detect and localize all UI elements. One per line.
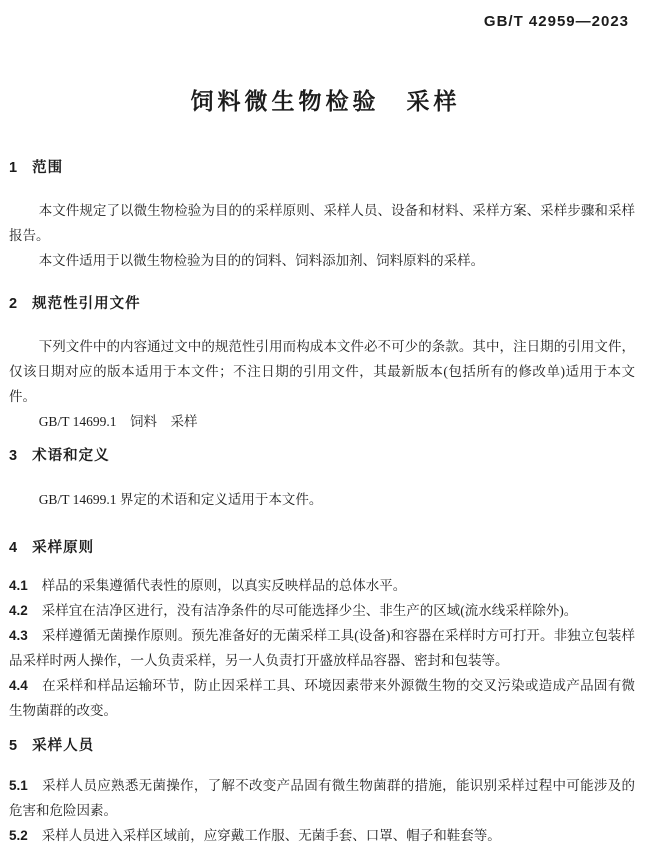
section-normative-references: 2规范性引用文件 下列文件中的内容通过文中的规范性引用而构成本文件必不可少的条款… — [9, 296, 635, 434]
clause: 4.2采样宜在洁净区进行，没有洁净条件的尽可能选择少尘、非生产的区域(流水线采样… — [9, 598, 635, 623]
document-page: GB/T 42959—2023 饲料微生物检验 采样 1范围 本文件规定了以微生… — [0, 0, 651, 848]
document-body: 1范围 本文件规定了以微生物检验为目的的采样原则、采样人员、设备和材料、采样方案… — [0, 160, 651, 848]
paragraph: 本文件适用于以微生物检验为目的的饲料、饲料添加剂、饲料原料的采样。 — [9, 248, 635, 273]
clause-number: 5.1 — [9, 773, 28, 798]
section-title: 范围 — [32, 160, 63, 176]
section-number: 2 — [9, 296, 17, 313]
paragraph: 本文件规定了以微生物检验为目的的采样原则、采样人员、设备和材料、采样方案、采样步… — [9, 198, 635, 248]
clause-text: 采样人员进入采样区域前，应穿戴工作服、无菌手套、口罩、帽子和鞋套等。 — [42, 828, 501, 843]
section-sampling-personnel: 5采样人员 5.1采样人员应熟悉无菌操作，了解不改变产品固有微生物菌群的措施，能… — [9, 738, 635, 848]
clause: 5.1采样人员应熟悉无菌操作，了解不改变产品固有微生物菌群的措施，能识别采样过程… — [9, 773, 635, 823]
clause-text: 采样宜在洁净区进行，没有洁净条件的尽可能选择少尘、非生产的区域(流水线采样除外)… — [42, 603, 578, 618]
section-heading: 1范围 — [9, 160, 635, 177]
section-heading: 4采样原则 — [9, 540, 635, 557]
clause-number: 4.2 — [9, 598, 28, 623]
clause-text: 采样人员应熟悉无菌操作，了解不改变产品固有微生物菌群的措施，能识别采样过程中可能… — [9, 778, 635, 818]
clause-text: 样品的采集遵循代表性的原则，以真实反映样品的总体水平。 — [42, 578, 407, 593]
clause: 4.3采样遵循无菌操作原则。预先准备好的无菌采样工具(设备)和容器在采样时方可打… — [9, 623, 635, 673]
clause: 5.2采样人员进入采样区域前，应穿戴工作服、无菌手套、口罩、帽子和鞋套等。 — [9, 823, 635, 848]
clause-text: 采样遵循无菌操作原则。预先准备好的无菌采样工具(设备)和容器在采样时方可打开。非… — [9, 628, 635, 668]
document-title: 饲料微生物检验 采样 — [0, 87, 651, 115]
section-number: 5 — [9, 738, 17, 755]
reference-entry: GB/T 14699.1 饲料 采样 — [9, 409, 635, 434]
section-heading: 2规范性引用文件 — [9, 296, 635, 313]
section-number: 1 — [9, 160, 17, 177]
clause: 4.4在采样和样品运输环节，防止因采样工具、环境因素带来外源微生物的交叉污染或造… — [9, 673, 635, 723]
section-scope: 1范围 本文件规定了以微生物检验为目的的采样原则、采样人员、设备和材料、采样方案… — [9, 160, 635, 273]
clause-number: 5.2 — [9, 823, 28, 848]
section-title: 采样人员 — [32, 738, 94, 754]
clause-text: 在采样和样品运输环节，防止因采样工具、环境因素带来外源微生物的交叉污染或造成产品… — [9, 678, 635, 718]
section-terms-definitions: 3术语和定义 GB/T 14699.1 界定的术语和定义适用于本文件。 — [9, 448, 635, 512]
clause-number: 4.4 — [9, 673, 28, 698]
clause: 4.1样品的采集遵循代表性的原则，以真实反映样品的总体水平。 — [9, 573, 635, 598]
section-number: 3 — [9, 448, 17, 465]
section-heading: 3术语和定义 — [9, 448, 635, 465]
section-sampling-principles: 4采样原则 4.1样品的采集遵循代表性的原则，以真实反映样品的总体水平。 4.2… — [9, 540, 635, 723]
section-title: 采样原则 — [32, 540, 94, 556]
standard-number: GB/T 42959—2023 — [0, 0, 651, 30]
paragraph: 下列文件中的内容通过文中的规范性引用而构成本文件必不可少的条款。其中，注日期的引… — [9, 334, 635, 409]
clause-number: 4.3 — [9, 623, 28, 648]
paragraph: GB/T 14699.1 界定的术语和定义适用于本文件。 — [9, 487, 635, 512]
section-heading: 5采样人员 — [9, 738, 635, 755]
section-title: 术语和定义 — [32, 448, 110, 464]
section-title: 规范性引用文件 — [32, 296, 141, 312]
clause-number: 4.1 — [9, 573, 28, 598]
section-number: 4 — [9, 540, 17, 557]
